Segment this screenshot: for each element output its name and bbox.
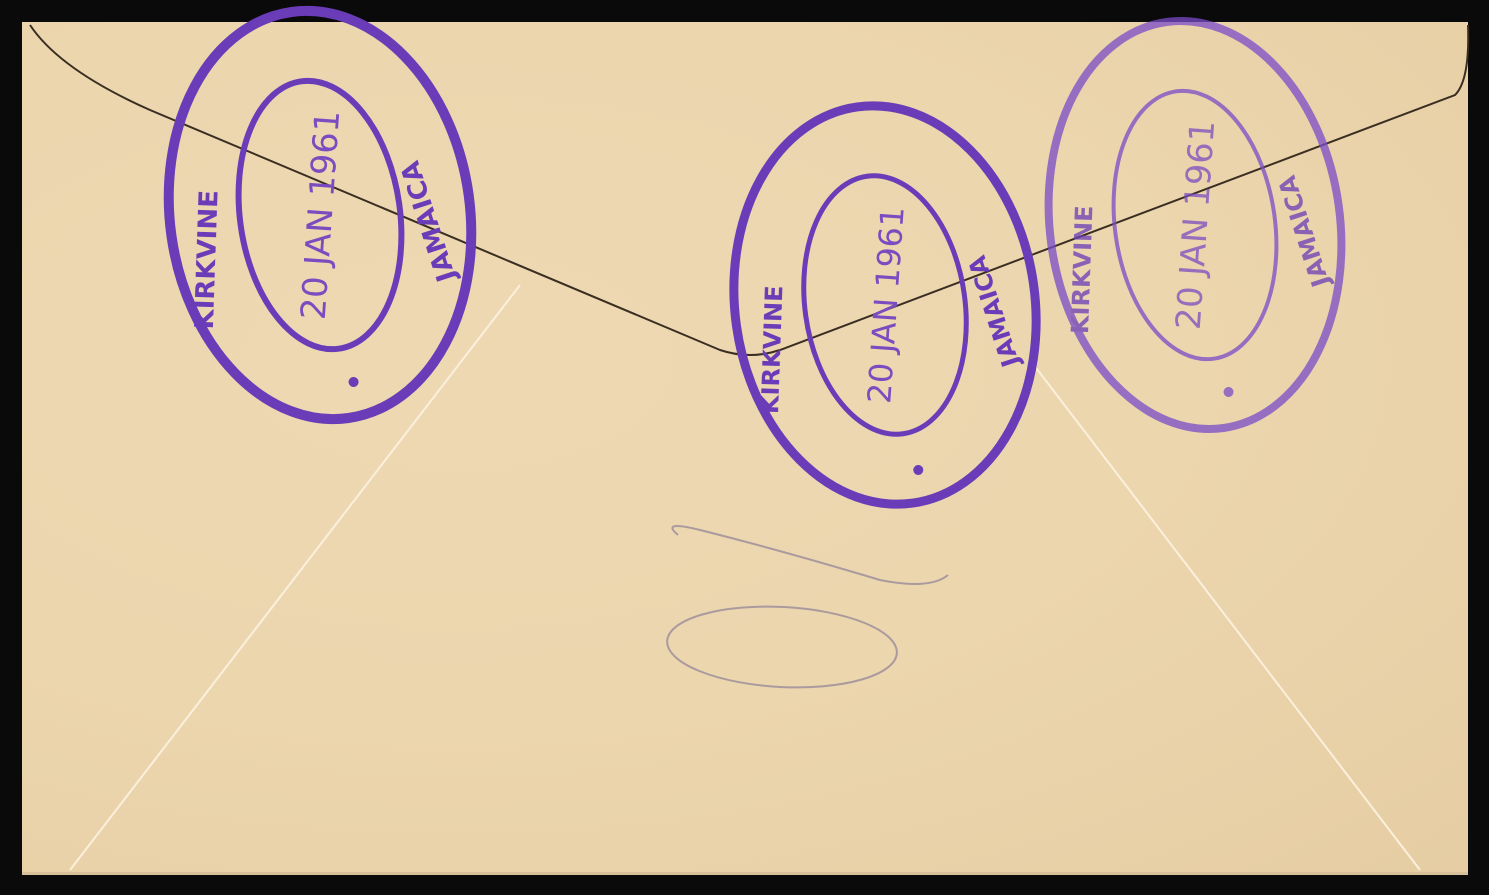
envelope-artwork: 20 JAN 1961 KIRKVINE JAMAICA 20 JAN 1961…: [0, 0, 1489, 895]
postmark-1: 20 JAN 1961 KIRKVINE JAMAICA: [143, 0, 497, 439]
svg-text:JAMAICA: JAMAICA: [963, 252, 1026, 372]
postmark-3: 20 JAN 1961 KIRKVINE JAMAICA: [1023, 2, 1367, 448]
fold-line-right: [1030, 360, 1420, 870]
pencil-notation: [665, 526, 948, 693]
flap-edge: [30, 25, 1468, 355]
postmark-2: 20 JAN 1961 KIRKVINE JAMAICA: [709, 86, 1062, 524]
svg-text:JAMAICA: JAMAICA: [396, 157, 464, 287]
fold-line-left: [70, 285, 520, 870]
svg-text:KIRKVINE: KIRKVINE: [190, 190, 225, 330]
svg-text:JAMAICA: JAMAICA: [1273, 172, 1336, 292]
svg-text:20 JAN 1961: 20 JAN 1961: [860, 205, 912, 404]
svg-text:20 JAN 1961: 20 JAN 1961: [1169, 119, 1224, 331]
svg-text:KIRKVINE: KIRKVINE: [756, 285, 788, 414]
svg-text:20 JAN 1961: 20 JAN 1961: [294, 109, 349, 321]
svg-text:KIRKVINE: KIRKVINE: [1066, 205, 1098, 334]
